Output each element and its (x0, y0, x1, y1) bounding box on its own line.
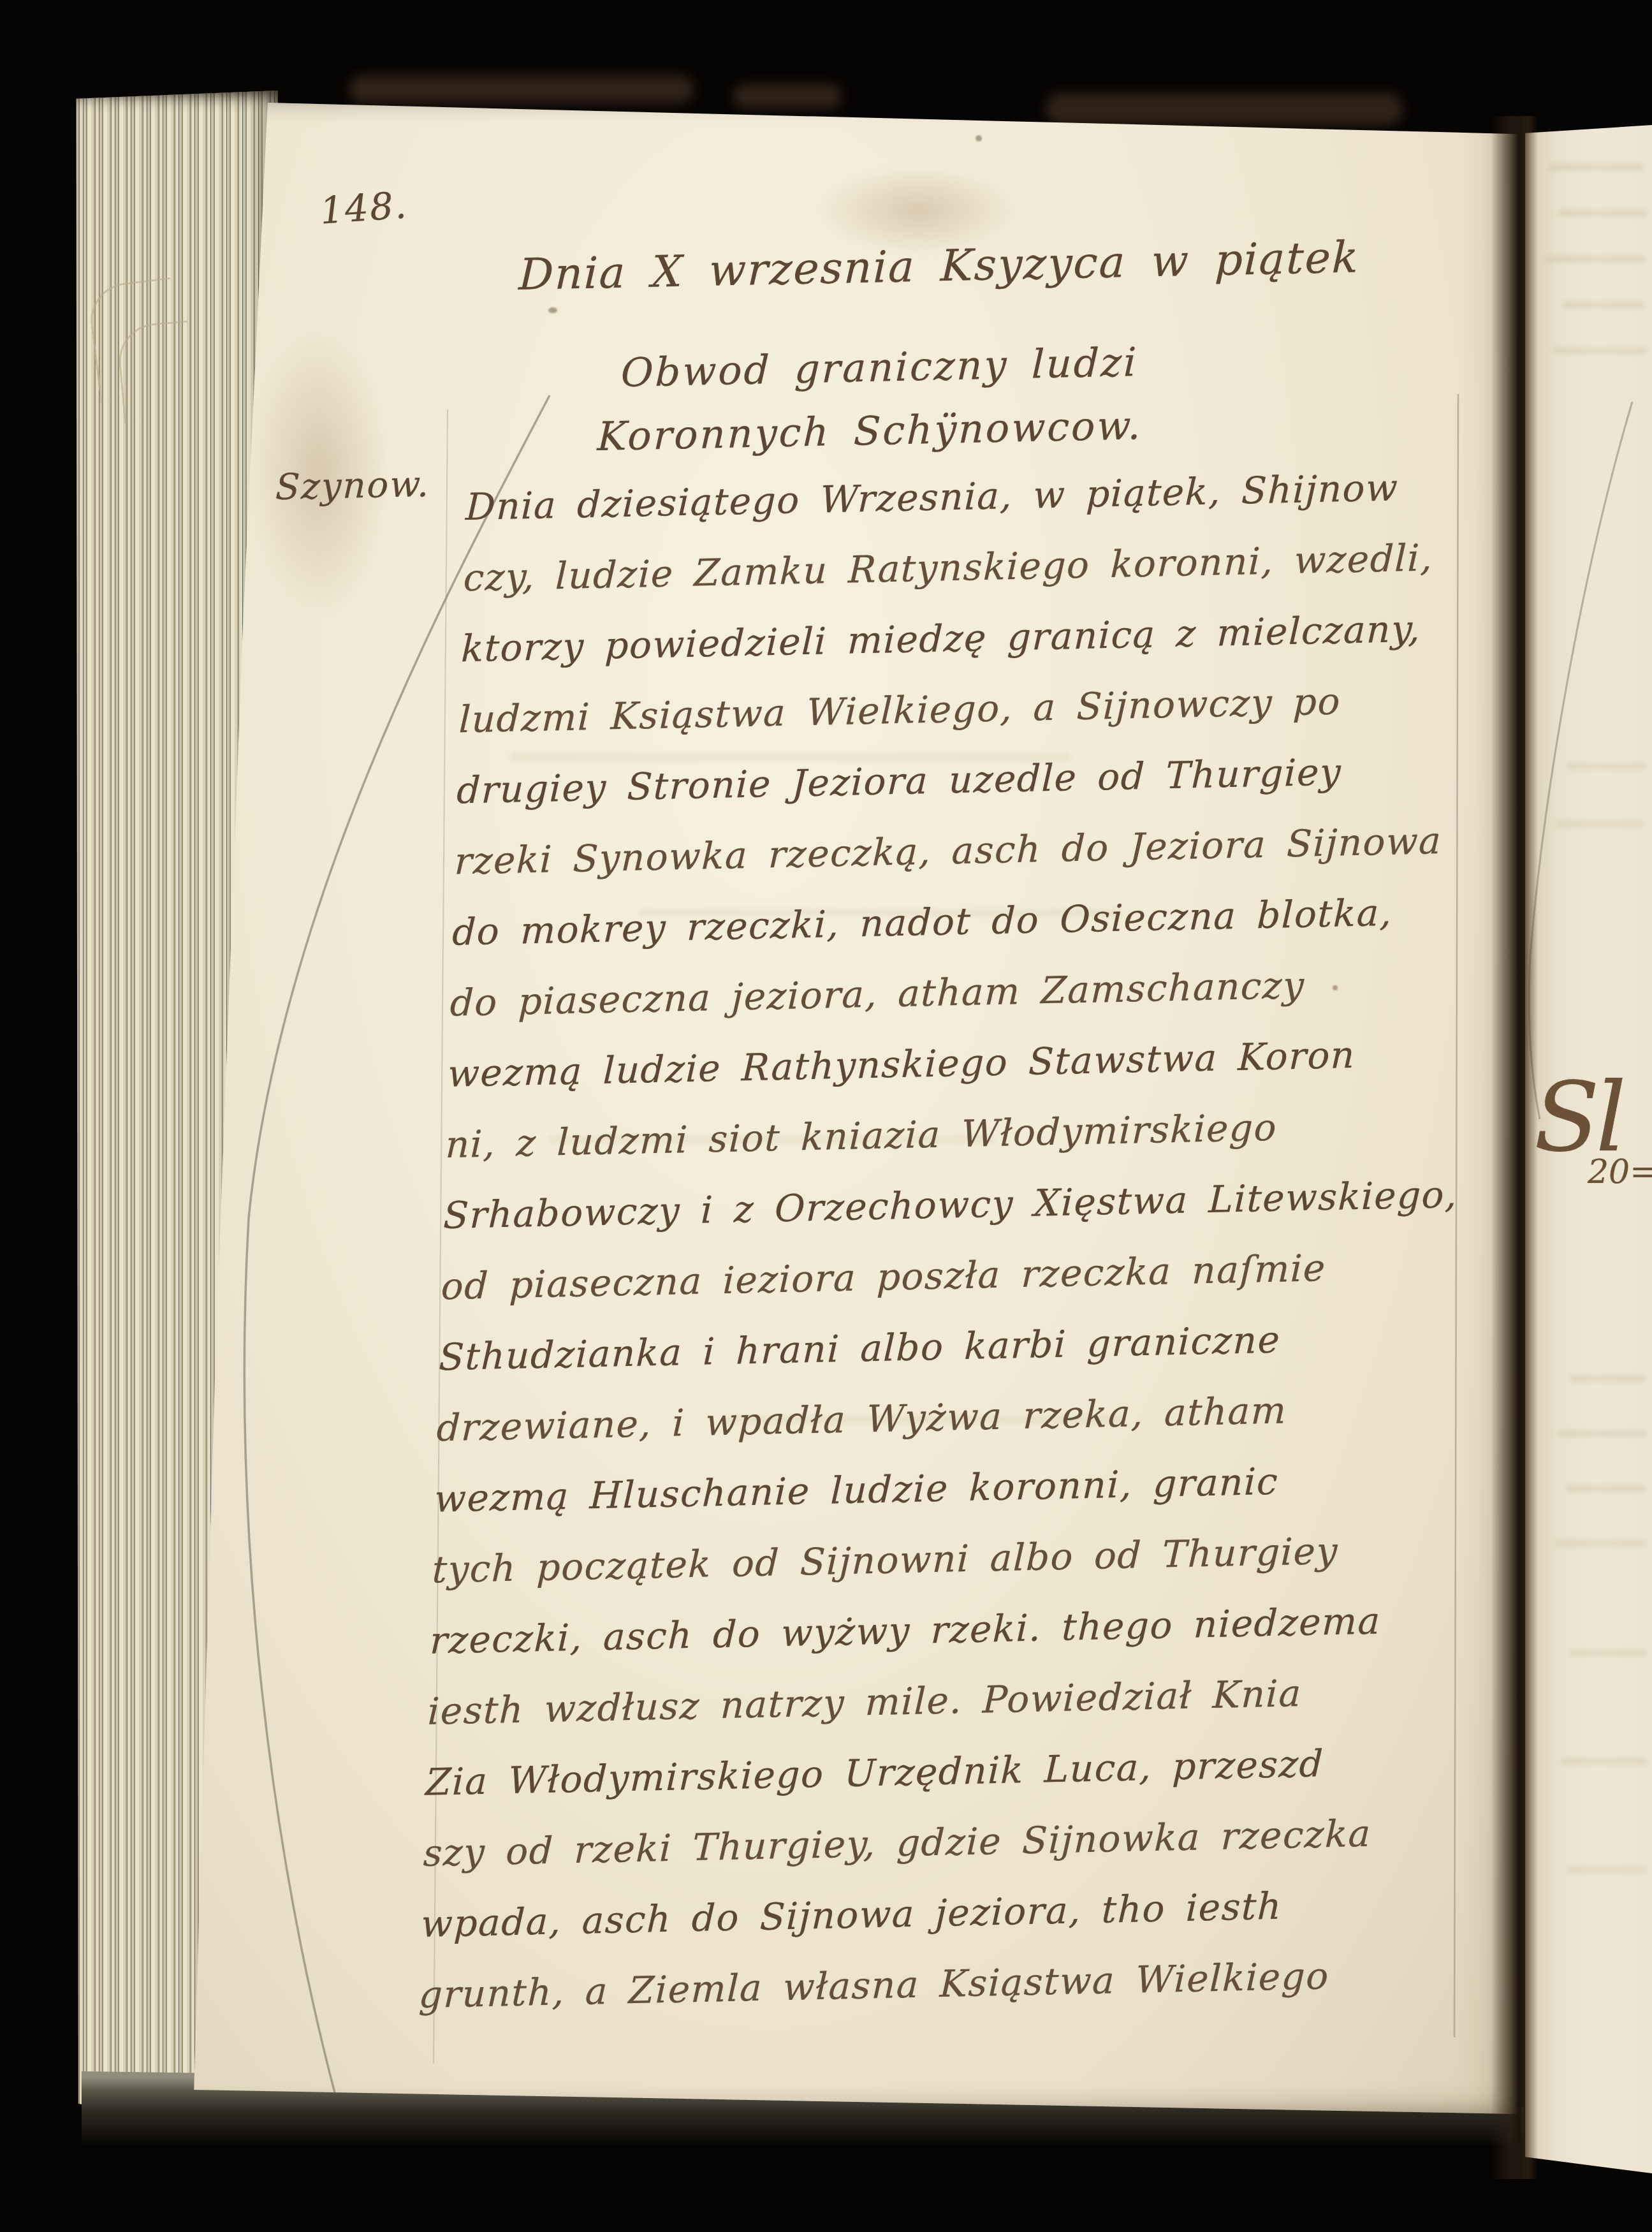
foxing-spot (976, 135, 982, 142)
page-corner-curl (116, 320, 196, 423)
bleedthrough-line (1556, 820, 1645, 828)
bleedthrough-line (1567, 1866, 1646, 1874)
bleedthrough-line (1554, 1539, 1646, 1547)
margin-note: Szynow. (275, 464, 430, 508)
headband-blur (733, 84, 842, 108)
bleedthrough-line (1544, 255, 1646, 263)
headband-blur (1046, 93, 1403, 125)
bleedthrough-line (1566, 1485, 1646, 1492)
foxing-spot (548, 307, 557, 313)
bleedthrough-line (1548, 163, 1644, 171)
pencil-curve (1529, 402, 1632, 1119)
heading-line-3: Koronnych Schÿnowcow. (597, 402, 1143, 460)
body-text-block: Dnia dziesiątego Wrzesnia, w piątek, Shi… (418, 450, 1499, 2030)
heading-line-2: Obwod graniczny ludzi (620, 339, 1139, 396)
manuscript-page: 148. Dnia X wrzesnia Ksyzyca w piątek Ob… (153, 96, 1517, 2114)
bleedthrough-line (1558, 1430, 1646, 1437)
heading-line-1: Dnia X wrzesnia Ksyzyca w piątek (518, 232, 1361, 300)
ink-flourish-note: 20= (1588, 1153, 1652, 1191)
bleedthrough-line (1558, 209, 1648, 217)
manuscript-book-photo: 148. Dnia X wrzesnia Ksyzyca w piątek Ob… (0, 0, 1652, 2232)
page-number: 148. (319, 183, 409, 232)
bleedthrough-line (1562, 301, 1645, 309)
bleedthrough-line (1570, 1649, 1648, 1657)
bleedthrough-line (1567, 763, 1647, 770)
bleedthrough-line (1561, 1758, 1648, 1765)
bleedthrough-line (1570, 1375, 1646, 1383)
headband-blur (349, 75, 694, 103)
bleedthrough-line (1553, 347, 1648, 355)
book-gutter-shadow (1491, 116, 1538, 2179)
facing-page: Sl 20= (1525, 125, 1652, 2173)
